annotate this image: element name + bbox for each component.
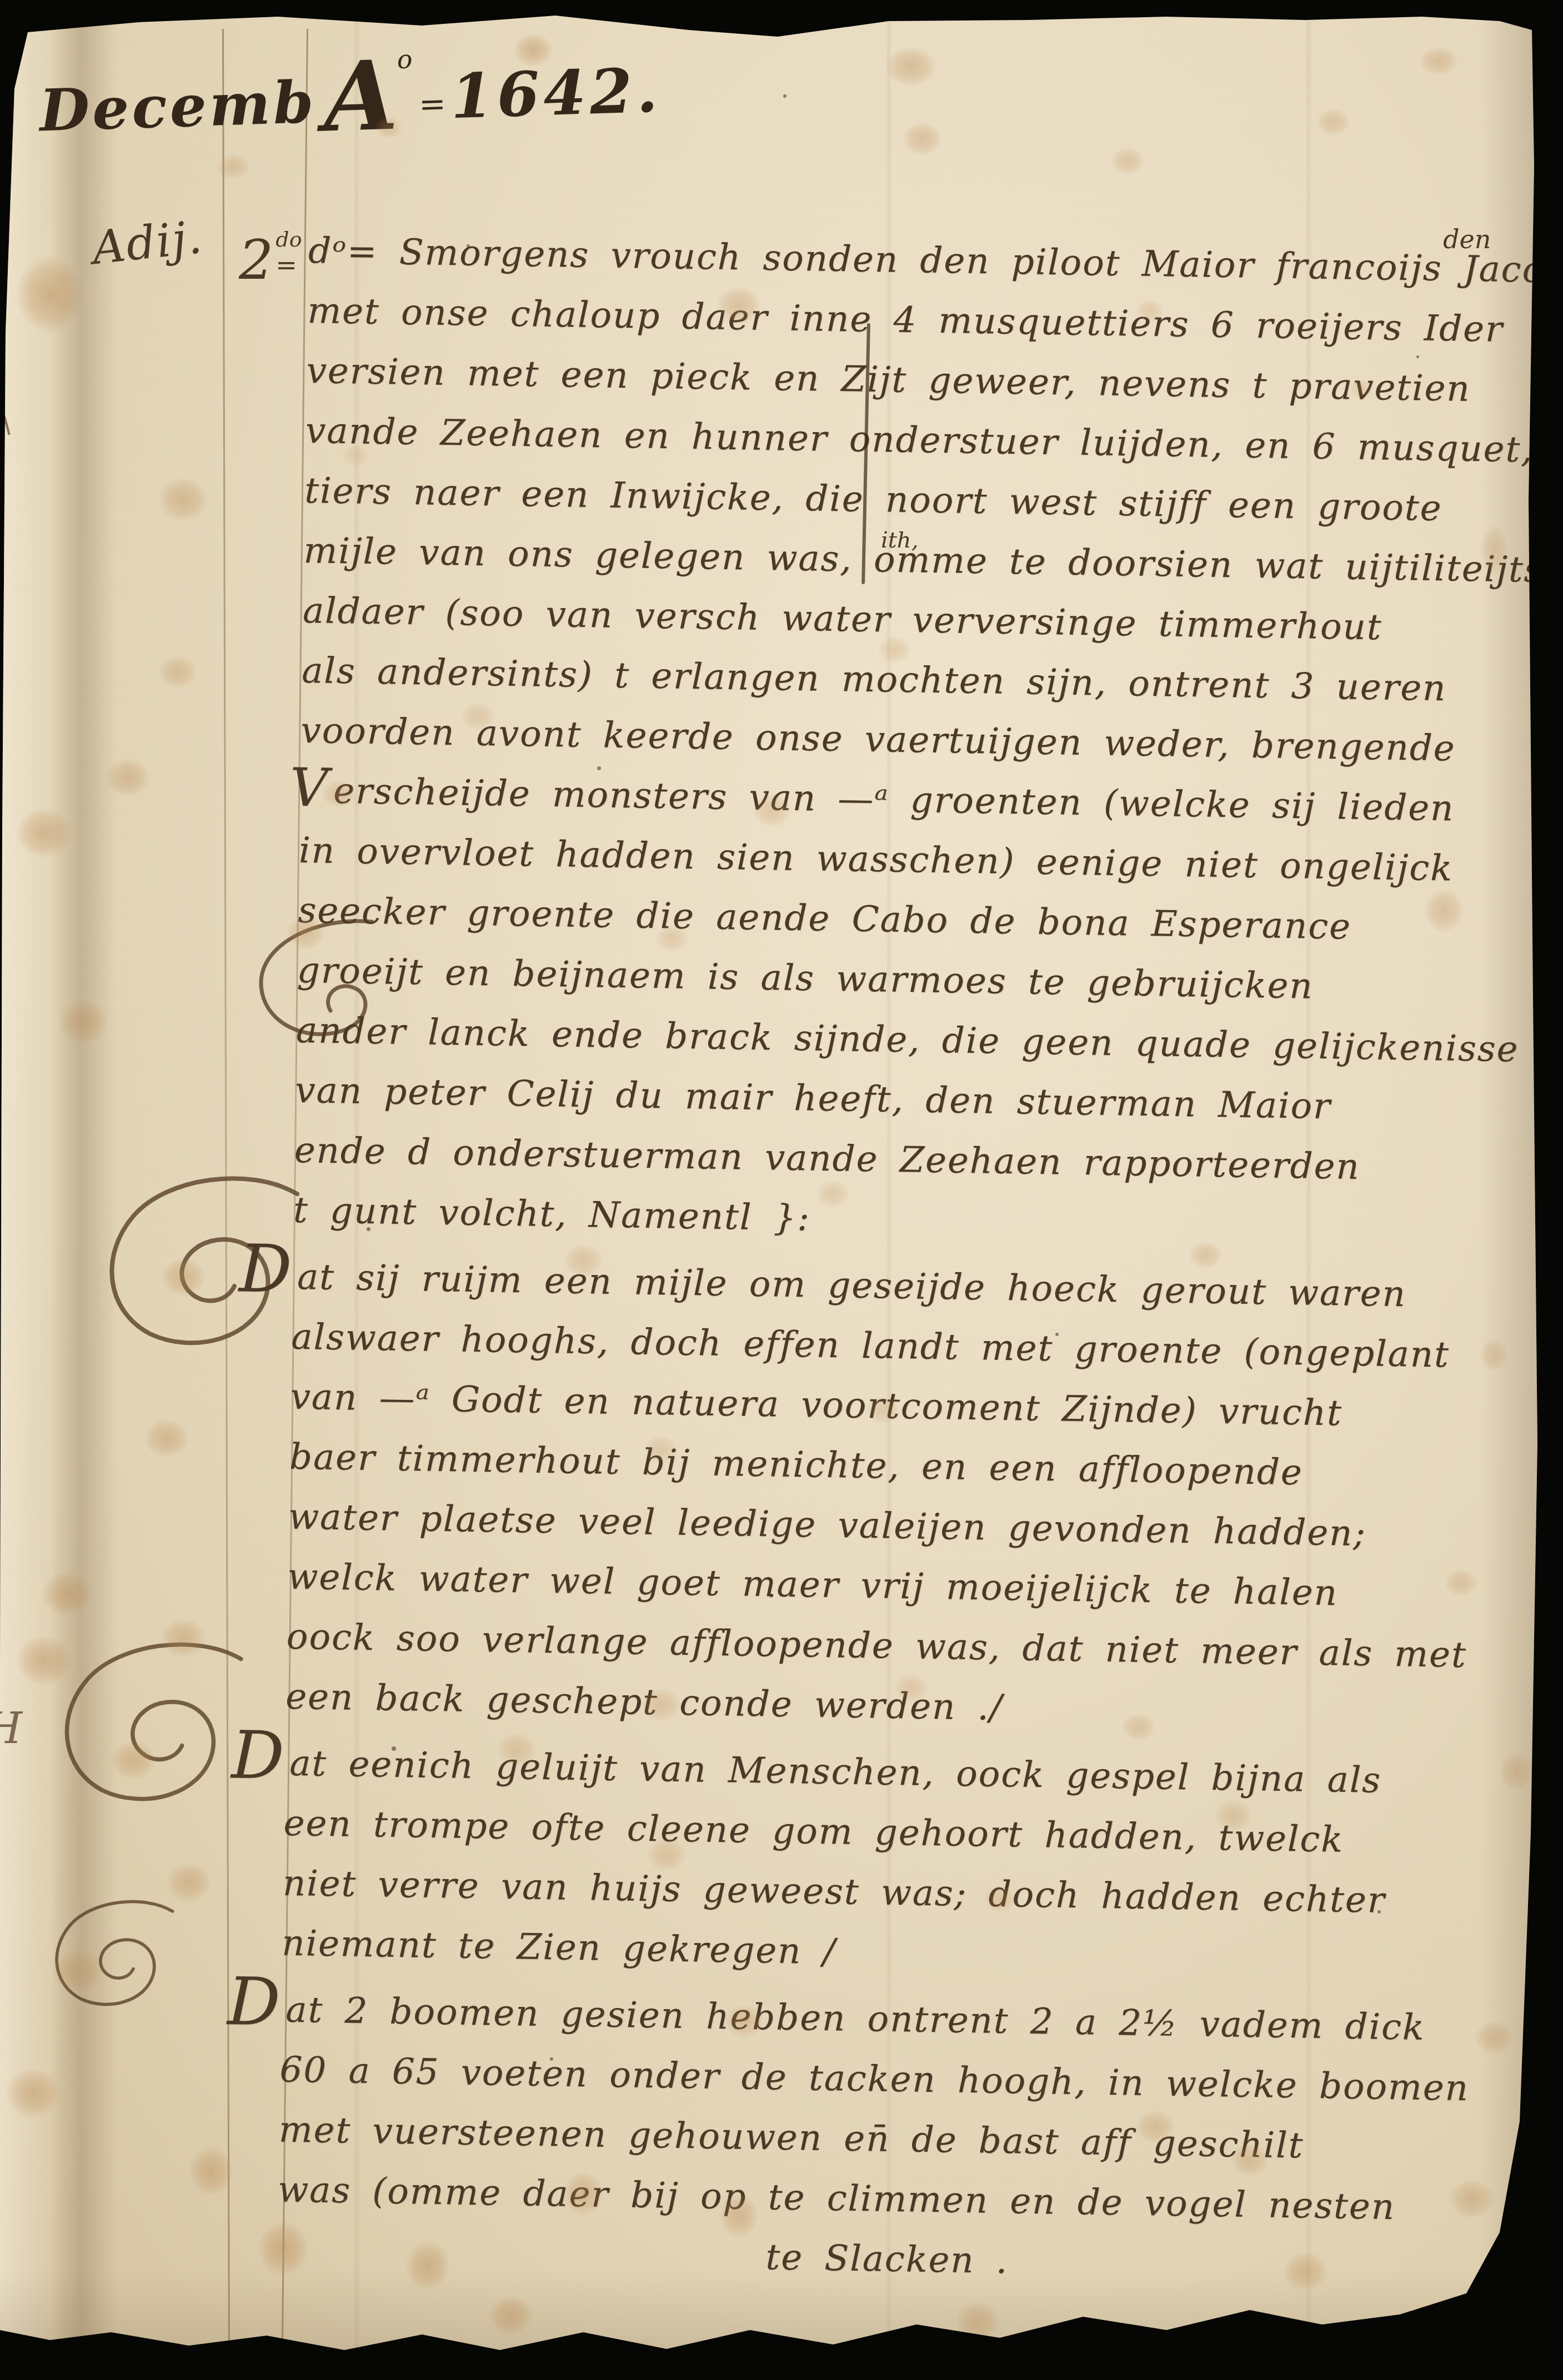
day-number: 2 xyxy=(239,229,273,292)
paragraph-3: Dat eenich geluijt van Menschen, oock ge… xyxy=(281,1734,1535,1993)
manuscript-paper: Decemb A o = 1642. Adij. 2do= dᵒ= Smorge… xyxy=(0,0,1563,2380)
insertion-label: ith, xyxy=(881,528,918,553)
edge-bleed-mark: H xyxy=(0,1704,22,1754)
day-equals-mark: = xyxy=(275,252,302,278)
foxing-spot xyxy=(217,154,250,179)
decorative-initial: V xyxy=(290,788,329,789)
flourish-spiral-icon xyxy=(39,1882,178,2027)
foxing-spot xyxy=(1316,108,1350,136)
header-year: 1642. xyxy=(449,54,662,132)
foxing-spot xyxy=(1111,147,1144,175)
decorative-initial: D xyxy=(232,1755,285,1756)
ink-speck xyxy=(783,94,786,98)
flourish-spiral-icon xyxy=(39,1638,250,1810)
interlinear-word: den xyxy=(1443,224,1491,254)
header-anno-superscript: o xyxy=(397,44,413,74)
foxing-spot xyxy=(158,478,208,522)
header-month: Decemb xyxy=(38,68,317,145)
page-header-date: Decemb A o = 1642. xyxy=(37,21,663,153)
paragraph-2: Dat sij ruijm een mijle om geseijde hoec… xyxy=(285,1247,1542,1746)
decorative-initial: D xyxy=(239,1268,293,1269)
entry-day-number: 2do= xyxy=(239,229,302,292)
header-separator: = xyxy=(418,85,447,123)
foxing-spot xyxy=(189,2146,233,2196)
margin-annotation: Adij. xyxy=(90,211,206,275)
day-superscript: do xyxy=(275,229,302,250)
manuscript-scan: Decemb A o = 1642. Adij. 2do= dᵒ= Smorge… xyxy=(0,0,1563,2380)
decorative-initial: D xyxy=(228,2001,282,2002)
paragraph-4: Dat 2 boomen gesien hebben ontrent 2 a 2… xyxy=(277,1980,1531,2299)
foxing-spot xyxy=(144,1419,189,1458)
foxing-spot xyxy=(1419,47,1458,75)
foxing-spot xyxy=(903,122,941,155)
paragraph-1: dᵒ= Smorgens vrouch sonden den piloot Ma… xyxy=(293,221,1559,1260)
header-anno: A xyxy=(322,38,399,153)
foxing-spot xyxy=(886,47,936,86)
text-line-final: te Slacken . xyxy=(765,2227,1527,2299)
foxing-spot xyxy=(158,655,197,689)
